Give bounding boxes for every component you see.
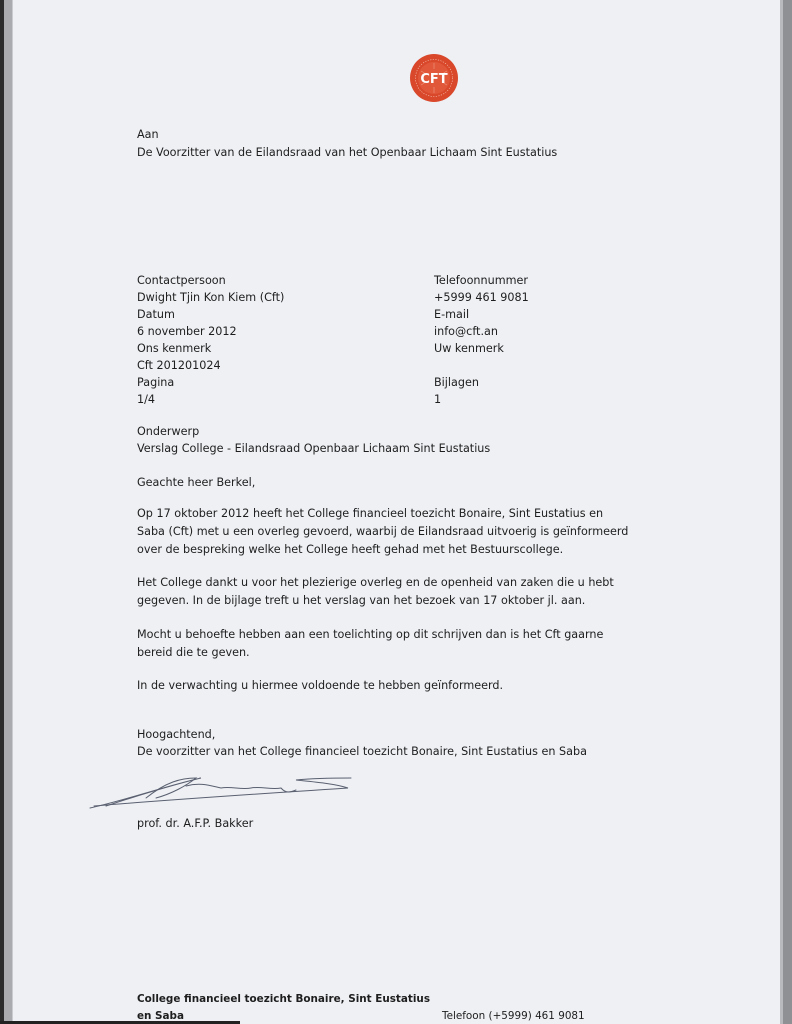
- scan-left-edge: [0, 0, 12, 1024]
- addressee-label: Aan: [137, 128, 159, 142]
- date-value: 6 november 2012: [137, 325, 237, 339]
- subject: Verslag College - Eilandsraad Openbaar L…: [137, 442, 490, 456]
- footer-org-line-1: College financieel toezicht Bonaire, Sin…: [137, 992, 430, 1006]
- salutation: Geachte heer Berkel,: [137, 476, 255, 490]
- your-reference-label: Uw kenmerk: [434, 342, 504, 356]
- scan-right-edge: [780, 0, 792, 1024]
- date-label: Datum: [137, 308, 175, 322]
- paragraph-1-line-1: Op 17 oktober 2012 heeft het College fin…: [137, 505, 603, 523]
- paragraph-3-line-2: bereid die te geven.: [137, 644, 250, 662]
- paragraph-3-line-1: Mocht u behoefte hebben aan een toelicht…: [137, 626, 603, 644]
- page-label: Pagina: [137, 376, 174, 390]
- attachments-value: 1: [434, 393, 441, 407]
- addressee: De Voorzitter van de Eilandsraad van het…: [137, 146, 557, 160]
- signatory: prof. dr. A.F.P. Bakker: [137, 817, 253, 831]
- paragraph-4-line-1: In de verwachting u hiermee voldoende te…: [137, 677, 503, 695]
- closing: Hoogachtend,: [137, 728, 215, 742]
- signature-icon: [86, 772, 366, 812]
- attachments-label: Bijlagen: [434, 376, 479, 390]
- footer-org-line-2: en Saba: [137, 1009, 184, 1023]
- page-value: 1/4: [137, 393, 155, 407]
- email-value: info@cft.an: [434, 325, 498, 339]
- svg-text:CFT: CFT: [420, 72, 447, 87]
- paragraph-2-line-1: Het College dankt u voor het plezierige …: [137, 574, 614, 592]
- our-reference-value: Cft 201201024: [137, 359, 221, 373]
- phone-label: Telefoonnummer: [434, 274, 528, 288]
- footer-phone: Telefoon (+5999) 461 9081: [442, 1009, 585, 1023]
- phone-value: +5999 461 9081: [434, 291, 529, 305]
- paragraph-1-line-3: over de bespreking welke het College hee…: [137, 541, 563, 559]
- our-reference-label: Ons kenmerk: [137, 342, 211, 356]
- closing-title: De voorzitter van het College financieel…: [137, 745, 587, 759]
- subject-label: Onderwerp: [137, 425, 199, 439]
- paragraph-2-line-2: gegeven. In de bijlage treft u het versl…: [137, 592, 585, 610]
- email-label: E-mail: [434, 308, 469, 322]
- cft-logo-icon: CFT: [409, 53, 459, 103]
- contact-label: Contactpersoon: [137, 274, 226, 288]
- paragraph-1-line-2: Saba (Cft) met u een overleg gevoerd, wa…: [137, 523, 628, 541]
- contact-value: Dwight Tjin Kon Kiem (Cft): [137, 291, 284, 305]
